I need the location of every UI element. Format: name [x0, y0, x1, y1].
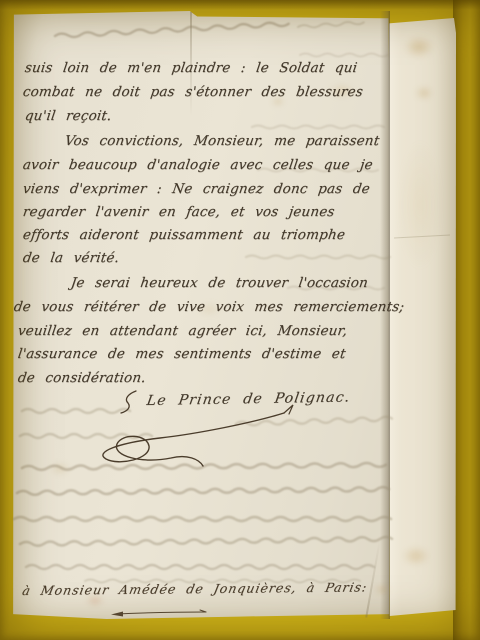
address-underline [111, 610, 206, 617]
letter-line: de considération. [17, 370, 147, 386]
letter-photograph: suis loin de m'en plaindre : le Soldat q… [0, 0, 480, 640]
underline-left-arrowhead [111, 612, 123, 617]
letter-line: Vos convictions, Monsieur, me paraissent [64, 133, 381, 149]
show-through-line [300, 54, 388, 57]
show-through-line [236, 417, 392, 426]
underline-dash [116, 612, 206, 614]
letter-line: avoir beaucoup d'analogie avec celles qu… [22, 157, 374, 173]
letter-line: de vous réitérer de vive voix mes remerc… [13, 299, 406, 315]
letter-line: de la vérité. [22, 250, 121, 266]
show-through-line [26, 565, 374, 569]
letter-line: l'assurance de mes sentiments d'estime e… [17, 346, 347, 362]
letter-line: Je serai heureux de trouver l'occasion [70, 275, 369, 291]
show-through-line [17, 487, 389, 495]
show-through-line [14, 517, 391, 521]
letter-line: veuillez en attendant agréer ici, Monsie… [17, 323, 349, 339]
show-through-line [246, 256, 390, 259]
letter-line: viens d'exprimer : Ne craignez donc pas … [22, 181, 371, 197]
letter-line: qu'il reçoit. [24, 108, 113, 124]
show-through-line [22, 409, 130, 413]
flourish-main-stroke [103, 413, 284, 466]
show-through-line [55, 22, 289, 38]
show-through-line [298, 21, 364, 29]
letter-line: combat ne doit pas s'étonner des blessur… [22, 84, 364, 100]
letter-line: suis loin de m'en plaindre : le Soldat q… [24, 60, 359, 76]
show-through-line [252, 126, 384, 129]
letter-line: regarder l'avenir en face, et vos jeunes [22, 204, 336, 220]
show-through-line [22, 463, 386, 470]
show-through-line [20, 537, 392, 546]
letter-line: efforts aideront puissamment au triomphe [22, 227, 346, 243]
